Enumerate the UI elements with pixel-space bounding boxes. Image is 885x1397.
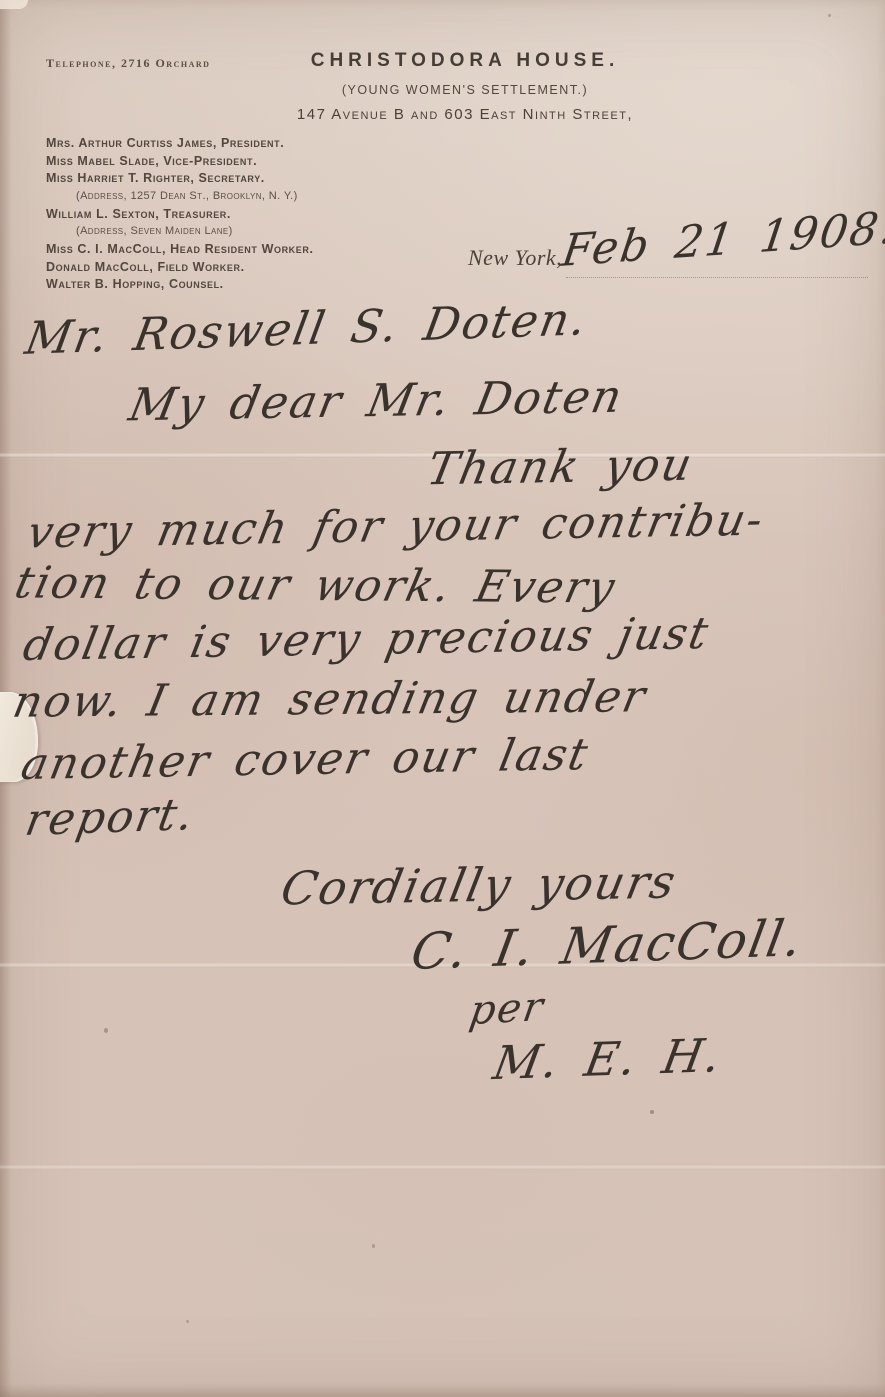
officer-treasurer: William L. Sexton, Treasurer. [46, 208, 314, 221]
officer-president: Mrs. Arthur Curtiss James, President. [46, 137, 314, 150]
paper-speck [828, 14, 831, 17]
paper-speck [372, 1244, 375, 1248]
corner-tear [0, 0, 28, 9]
body-line: another cover our last [17, 729, 593, 790]
officer-list: Mrs. Arthur Curtiss James, President. Mi… [46, 137, 314, 296]
printed-place-label: New York, [468, 245, 562, 271]
letterhead-center: CHRISTODORA HOUSE. (YOUNG WOMEN'S SETTLE… [235, 50, 695, 123]
signer-initials-line: M. E. H. [489, 1028, 726, 1090]
date-dotted-rule [566, 277, 868, 278]
signature-line: C. I. MacColl. [407, 909, 808, 981]
paper-speck [186, 1320, 189, 1323]
letter-scan: Telephone, 2716 Orchard CHRISTODORA HOUS… [0, 0, 885, 1397]
officer-secretary: Miss Harriet T. Righter, Secretary. [46, 172, 314, 185]
salutation-line: My dear Mr. Doten [125, 370, 628, 432]
paper-speck [104, 1028, 108, 1033]
officer-head-resident-worker: Miss C. I. MacColl, Head Resident Worker… [46, 243, 314, 256]
per-line: per [466, 984, 548, 1034]
body-line: report. [22, 789, 199, 846]
organization-name: CHRISTODORA HOUSE. [235, 50, 695, 72]
fold-crease-bottom [0, 1164, 885, 1170]
paper-bottom-edge-shading [0, 1383, 885, 1397]
closing-line: Cordially yours [277, 854, 682, 915]
telephone-line: Telephone, 2716 Orchard [46, 56, 210, 71]
officer-counsel: Walter B. Hopping, Counsel. [46, 278, 314, 291]
body-line: dollar is very precious just [19, 608, 714, 671]
organization-subtitle: (YOUNG WOMEN'S SETTLEMENT.) [235, 83, 695, 97]
recipient-line: Mr. Roswell S. Doten. [21, 292, 592, 365]
body-line: now. I am sending under [9, 671, 652, 728]
handwritten-date: Feb 21 1908. [559, 202, 885, 277]
officer-secretary-address: (Address, 1257 Dean St., Brooklyn, N. Y.… [46, 190, 314, 203]
body-line: Thank you [423, 438, 698, 496]
paper-speck [650, 1110, 654, 1114]
officer-field-worker: Donald MacColl, Field Worker. [46, 261, 314, 274]
body-line: tion to our work. Every [10, 557, 621, 613]
officer-vice-president: Miss Mabel Slade, Vice-President. [46, 155, 314, 168]
organization-address: 147 Avenue B and 603 East Ninth Street, [235, 106, 695, 123]
body-line: very much for your contribu- [23, 494, 769, 558]
officer-treasurer-address: (Address, Seven Maiden Lane) [46, 225, 314, 238]
